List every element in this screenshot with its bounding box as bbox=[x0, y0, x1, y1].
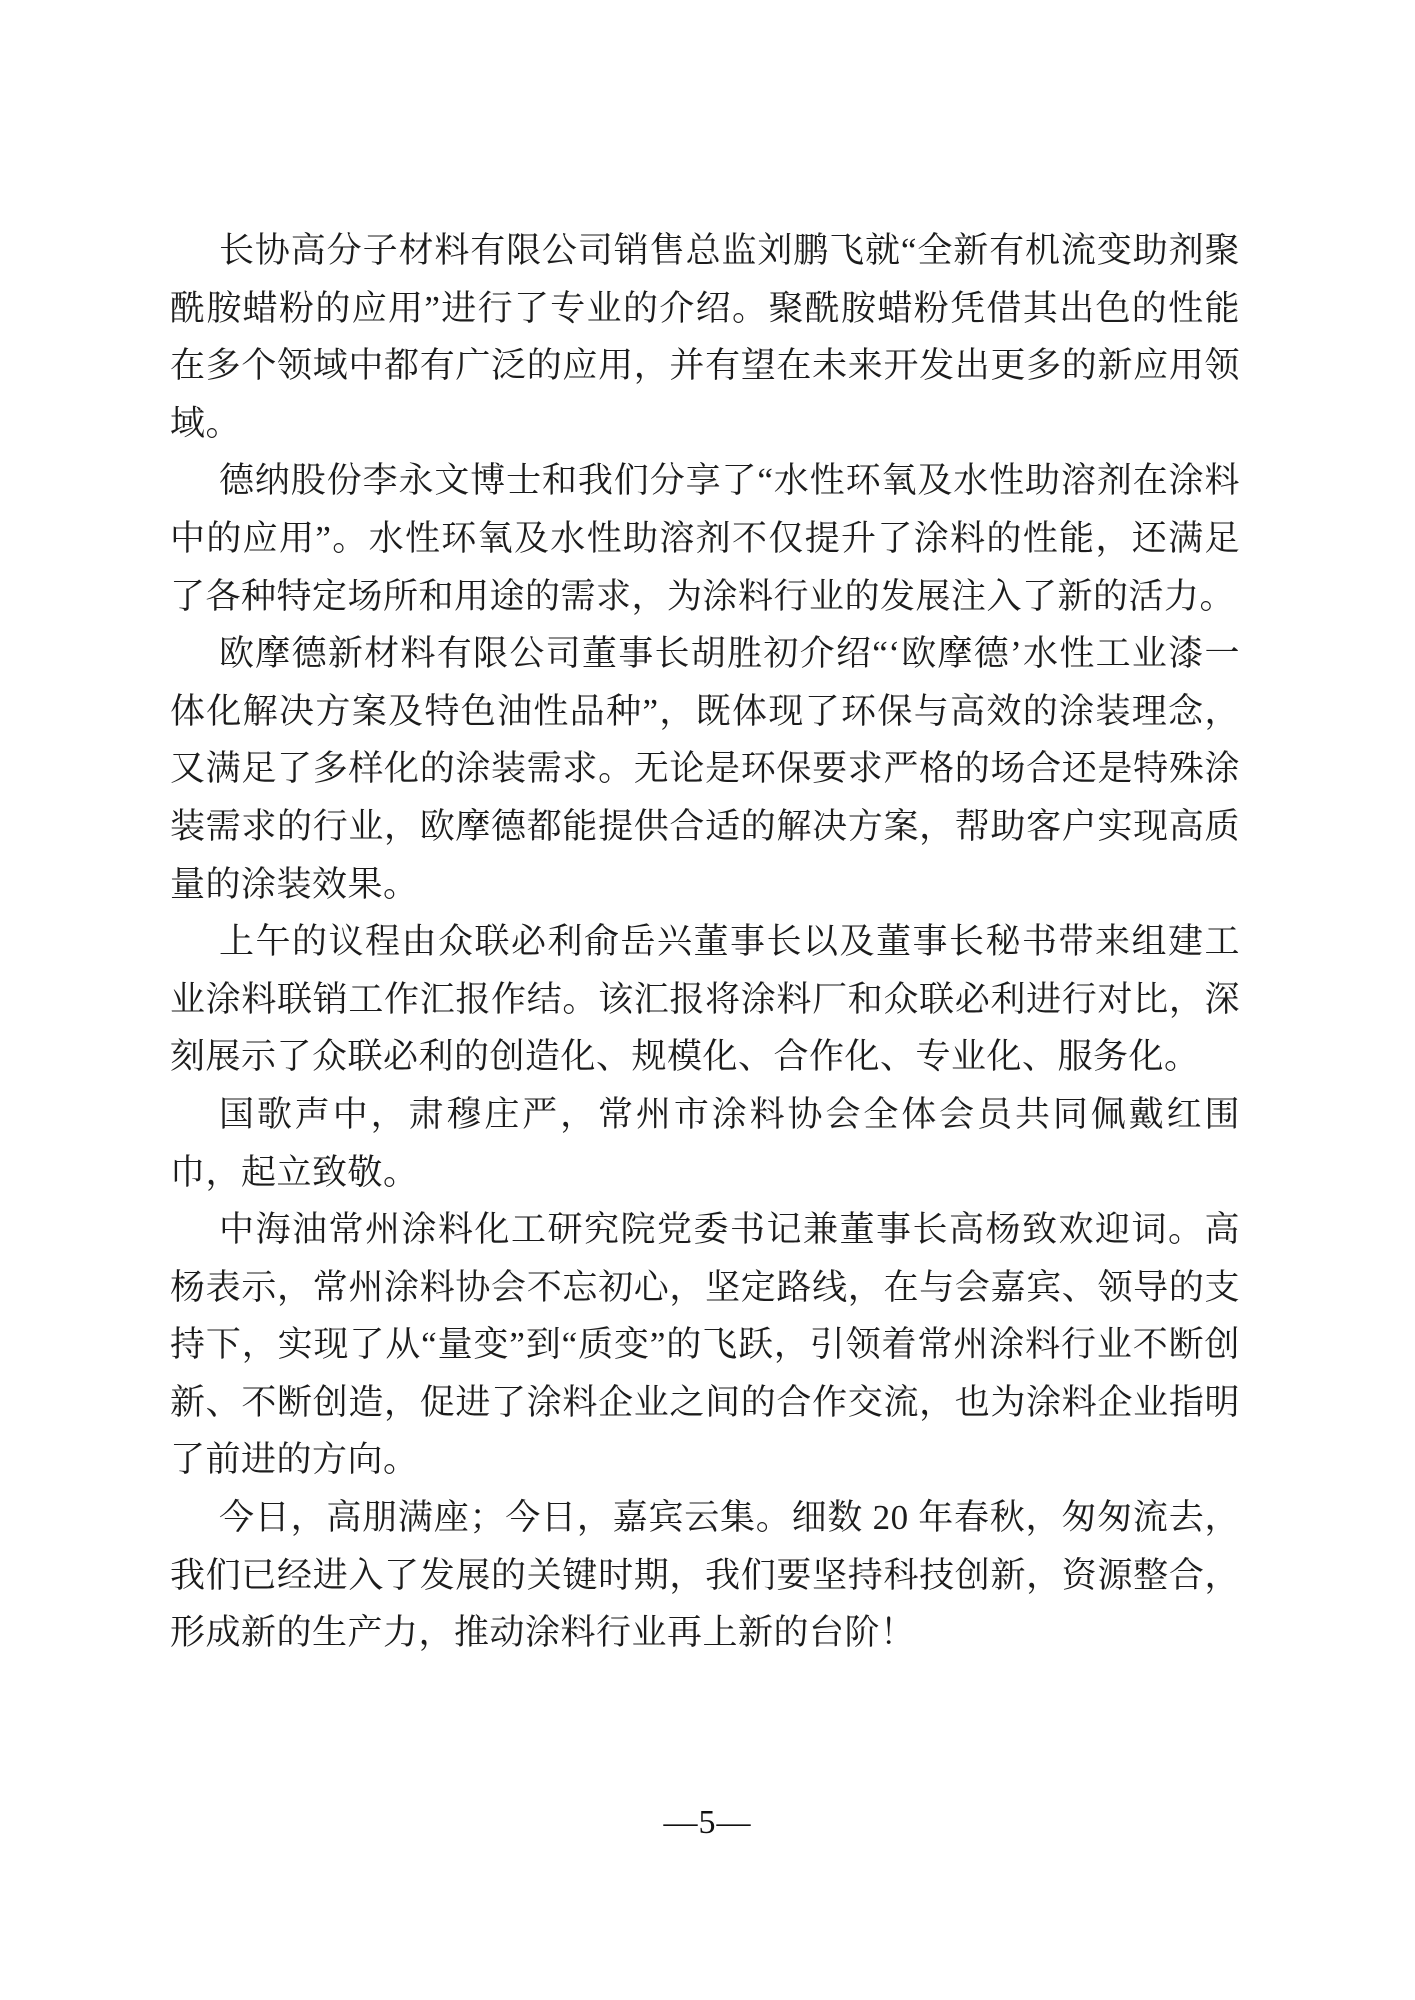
document-page: 长协高分子材料有限公司销售总监刘鹏飞就“全新有机流变助剂聚酰胺蜡粉的应用”进行了… bbox=[0, 0, 1415, 2000]
paragraph: 中海油常州涂料化工研究院党委书记兼董事长高杨致欢迎词。高杨表示，常州涂料协会不忘… bbox=[170, 1201, 1240, 1489]
paragraph: 国歌声中，肃穆庄严，常州市涂料协会全体会员共同佩戴红围巾，起立致敬。 bbox=[170, 1086, 1240, 1201]
paragraph: 今日，高朋满座；今日，嘉宾云集。细数 20 年春秋，匆匆流去，我们已经进入了发展… bbox=[170, 1489, 1240, 1662]
paragraph: 长协高分子材料有限公司销售总监刘鹏飞就“全新有机流变助剂聚酰胺蜡粉的应用”进行了… bbox=[170, 222, 1240, 452]
document-body: 长协高分子材料有限公司销售总监刘鹏飞就“全新有机流变助剂聚酰胺蜡粉的应用”进行了… bbox=[170, 222, 1240, 1662]
paragraph: 欧摩德新材料有限公司董事长胡胜初介绍“‘欧摩德’水性工业漆一体化解决方案及特色油… bbox=[170, 625, 1240, 913]
paragraph: 上午的议程由众联必利俞岳兴董事长以及董事长秘书带来组建工业涂料联销工作汇报作结。… bbox=[170, 913, 1240, 1086]
page-number: —5— bbox=[0, 1799, 1415, 1847]
paragraph: 德纳股份李永文博士和我们分享了“水性环氧及水性助溶剂在涂料中的应用”。水性环氧及… bbox=[170, 452, 1240, 625]
